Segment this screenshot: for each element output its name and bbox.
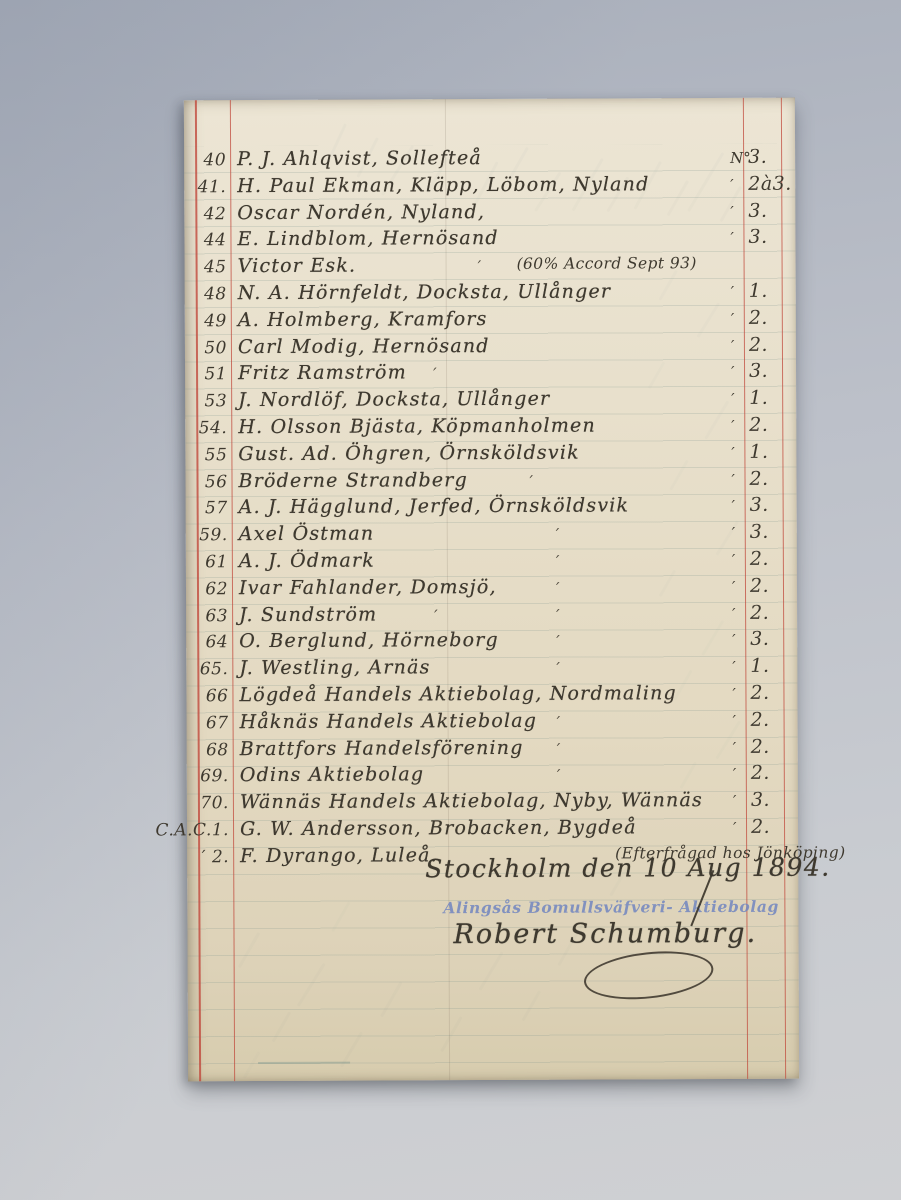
entry-name: E. Lindblom, Hernösand bbox=[237, 227, 498, 250]
value-ditto-mark: ′ bbox=[732, 605, 735, 623]
row-number: 62 bbox=[122, 579, 228, 599]
value-ditto-mark: ′ bbox=[733, 739, 736, 757]
entry-value: 2. bbox=[749, 333, 768, 355]
row-number: 57 bbox=[122, 499, 228, 519]
ledger-sheet: 40P. J. Ahlqvist, SollefteåN°3.41.H. Pau… bbox=[184, 98, 799, 1082]
entry-value: 2. bbox=[750, 682, 769, 704]
row-number: C.A.C.1. bbox=[123, 820, 229, 840]
ditto-mark: ′ bbox=[433, 365, 437, 384]
value-ditto-mark: ′ bbox=[730, 203, 733, 221]
value-ditto-mark: ′ bbox=[731, 444, 734, 462]
ditto-mark: ′ bbox=[478, 257, 482, 276]
row-number: 49 bbox=[121, 311, 227, 331]
row-number: 51 bbox=[121, 365, 227, 385]
signature-flourish bbox=[582, 945, 716, 1005]
row-number: 50 bbox=[121, 338, 227, 358]
row-number: 66 bbox=[122, 686, 228, 706]
entry-name: H. Olsson Bjästa, Köpmanholmen bbox=[238, 415, 596, 439]
ledger-row: 62Ivar Fahlander, Domsjö,′′2. bbox=[186, 576, 797, 606]
entry-name: G. W. Andersson, Brobacken, Bygdeå bbox=[240, 816, 637, 840]
row-number: 42 bbox=[120, 204, 226, 224]
ledger-row: 44E. Lindblom, Hernösand′3. bbox=[184, 228, 795, 258]
row-number: 70. bbox=[123, 793, 229, 813]
entry-name: J. Sundström bbox=[239, 603, 377, 626]
value-ditto-mark: ′ bbox=[733, 819, 736, 837]
ledger-row: 50Carl Modig, Hernösand′2. bbox=[185, 335, 796, 365]
row-number: 48 bbox=[121, 284, 227, 304]
entry-value: 2. bbox=[749, 414, 768, 436]
ditto-mark: ′ bbox=[529, 471, 533, 490]
value-ditto-mark: ′ bbox=[732, 631, 735, 649]
value-ditto-mark: ′ bbox=[731, 363, 734, 381]
value-ditto-mark: ′ bbox=[731, 337, 734, 355]
entry-name: H. Paul Ekman, Kläpp, Löbom, Nyland bbox=[237, 173, 649, 197]
row-number: 65. bbox=[122, 659, 228, 679]
entry-value: 2. bbox=[749, 307, 768, 329]
ditto-mark: ′ bbox=[557, 766, 561, 785]
entry-value: 2. bbox=[751, 709, 770, 731]
ditto-mark: ′ bbox=[556, 605, 560, 624]
entry-name: J. Nordlöf, Docksta, Ullånger bbox=[238, 388, 550, 411]
value-ditto-mark: ′ bbox=[731, 310, 734, 328]
entry-name: F. Dyrango, Luleå. bbox=[240, 844, 438, 867]
ditto-mark: ′ bbox=[556, 578, 560, 597]
value-ditto-mark: ′ bbox=[732, 658, 735, 676]
entry-name: Håknäs Handels Aktiebolag bbox=[240, 710, 538, 733]
entry-value: 1. bbox=[749, 280, 768, 302]
entry-name: Bröderne Strandberg bbox=[238, 469, 468, 492]
photo-background: { "colors":{ "ink":"#3e392f", "red_rule"… bbox=[0, 0, 901, 1200]
entry-value: 2. bbox=[751, 735, 770, 757]
ditto-mark: ′ bbox=[557, 712, 561, 731]
entry-name: Ivar Fahlander, Domsjö, bbox=[239, 576, 497, 599]
row-number: 40 bbox=[120, 150, 226, 170]
ditto-mark: ′ bbox=[557, 739, 561, 758]
entry-name: Lögdeå Handels Aktiebolag, Nordmaling bbox=[239, 682, 677, 706]
row-number: 68 bbox=[123, 740, 229, 760]
ledger-row: 48N. A. Hörnfeldt, Docksta, Ullånger′1. bbox=[185, 282, 796, 312]
entry-name: Victor Esk. bbox=[238, 255, 357, 278]
value-ditto-mark: ′ bbox=[732, 551, 735, 569]
ledger-row: 57A. J. Hägglund, Jerfed, Örnsköldsvik′3… bbox=[186, 496, 797, 526]
entry-value: 2à3. bbox=[748, 172, 792, 194]
row-number: 59. bbox=[122, 525, 228, 545]
entry-name: A. J. Hägglund, Jerfed, Örnsköldsvik bbox=[239, 495, 630, 519]
entry-name: O. Berglund, Hörneborg bbox=[239, 629, 499, 652]
value-ditto-mark: ′ bbox=[731, 417, 734, 435]
entry-value: 2. bbox=[751, 816, 770, 838]
entry-value: 2. bbox=[750, 601, 769, 623]
entry-value: 2. bbox=[750, 548, 769, 570]
ledger-row: 55Gust. Ad. Öhgren, Örnsköldsvik′1. bbox=[185, 442, 796, 472]
ditto-mark: ′ bbox=[556, 552, 560, 571]
value-ditto-mark: ′ bbox=[732, 685, 735, 703]
entry-name: Brattfors Handelsförening bbox=[240, 736, 524, 759]
ledger-rows: 40P. J. Ahlqvist, SollefteåN°3.41.H. Pau… bbox=[184, 98, 795, 101]
faint-underline bbox=[258, 1062, 350, 1064]
ditto-mark: ′ bbox=[556, 525, 560, 544]
company-stamp: Alingsås Bomullsväfveri- Aktiebolag bbox=[443, 897, 779, 917]
row-number: 54. bbox=[121, 418, 227, 438]
ledger-row: 68Brattfors Handelsförening′′2. bbox=[187, 737, 798, 767]
entry-value: 1. bbox=[749, 441, 768, 463]
row-number: ′ 2. bbox=[123, 847, 229, 867]
entry-value: 2. bbox=[750, 575, 769, 597]
row-number: 55 bbox=[121, 445, 227, 465]
entry-name: Carl Modig, Hernösand bbox=[238, 335, 490, 358]
entry-name: A. Holmberg, Kramfors bbox=[238, 308, 488, 331]
value-ditto-mark: ′ bbox=[733, 712, 736, 730]
dateline: Stockholm den 10 Aug 1894. bbox=[425, 853, 831, 884]
entry-value: 3. bbox=[748, 199, 767, 221]
entry-value: 3. bbox=[749, 360, 768, 382]
value-ditto-mark: ′ bbox=[731, 283, 734, 301]
entry-value: 2. bbox=[751, 762, 770, 784]
entry-name: N. A. Hörnfeldt, Docksta, Ullånger bbox=[238, 280, 612, 304]
ditto-mark: ′ bbox=[556, 659, 560, 678]
ditto-mark: ′ bbox=[434, 606, 438, 625]
value-ditto-mark: ′ bbox=[732, 524, 735, 542]
value-ditto-mark: ′ bbox=[730, 229, 733, 247]
entry-name: Axel Östman bbox=[239, 523, 375, 546]
entry-name: A. J. Ödmark bbox=[239, 550, 375, 573]
value-ditto-mark: ′ bbox=[730, 176, 733, 194]
entry-name: Fritz Ramström bbox=[238, 362, 407, 385]
row-number: 61 bbox=[122, 552, 228, 572]
entry-name: P. J. Ahlqvist, Sollefteå bbox=[237, 147, 482, 170]
row-number: 44 bbox=[120, 231, 226, 251]
row-number: 67 bbox=[123, 713, 229, 733]
ditto-mark: ′ bbox=[556, 632, 560, 651]
value-ditto-mark: ′ bbox=[732, 497, 735, 515]
entry-value: 2. bbox=[749, 467, 768, 489]
ledger-row: 49A. Holmberg, Kramfors′2. bbox=[185, 308, 796, 338]
value-ditto-mark: ′ bbox=[732, 578, 735, 596]
entry-value: 3. bbox=[750, 494, 769, 516]
row-number: 69. bbox=[123, 767, 229, 787]
entry-value: 1. bbox=[749, 387, 768, 409]
entry-value: 3. bbox=[751, 789, 770, 811]
value-ditto-mark: ′ bbox=[733, 792, 736, 810]
row-number: 53 bbox=[121, 391, 227, 411]
ledger-row: 64O. Berglund, Hörneborg′′3. bbox=[186, 630, 797, 660]
entry-name: Gust. Ad. Öhgren, Örnsköldsvik bbox=[238, 441, 579, 464]
entry-value: 1. bbox=[750, 655, 769, 677]
entry-note: (60% Accord Sept 93) bbox=[517, 254, 697, 273]
ledger-row: 41.H. Paul Ekman, Kläpp, Löbom, Nyland′2… bbox=[184, 174, 795, 204]
row-number: 45 bbox=[121, 257, 227, 277]
entry-name: Odins Aktiebolag bbox=[240, 764, 425, 787]
signature: Robert Schumburg. bbox=[453, 918, 757, 950]
entry-value: 3. bbox=[750, 521, 769, 543]
entry-value: 3. bbox=[750, 628, 769, 650]
entry-value: 3. bbox=[748, 226, 767, 248]
entry-name: Oscar Nordén, Nyland, bbox=[237, 201, 485, 224]
value-ditto-mark: ′ bbox=[733, 765, 736, 783]
ledger-row: 59.Axel Östman′′3. bbox=[186, 523, 797, 553]
value-ditto-mark: ′ bbox=[731, 471, 734, 489]
entry-value: 3. bbox=[748, 146, 767, 168]
entry-name: Wännäs Handels Aktiebolag, Nyby, Wännäs bbox=[240, 789, 703, 813]
row-number: 64 bbox=[122, 633, 228, 653]
row-number: 63 bbox=[122, 606, 228, 626]
row-number: 56 bbox=[121, 472, 227, 492]
row-number: 41. bbox=[120, 177, 226, 197]
entry-name: J. Westling, Arnäs bbox=[239, 656, 430, 679]
value-ditto-mark: ′ bbox=[731, 390, 734, 408]
